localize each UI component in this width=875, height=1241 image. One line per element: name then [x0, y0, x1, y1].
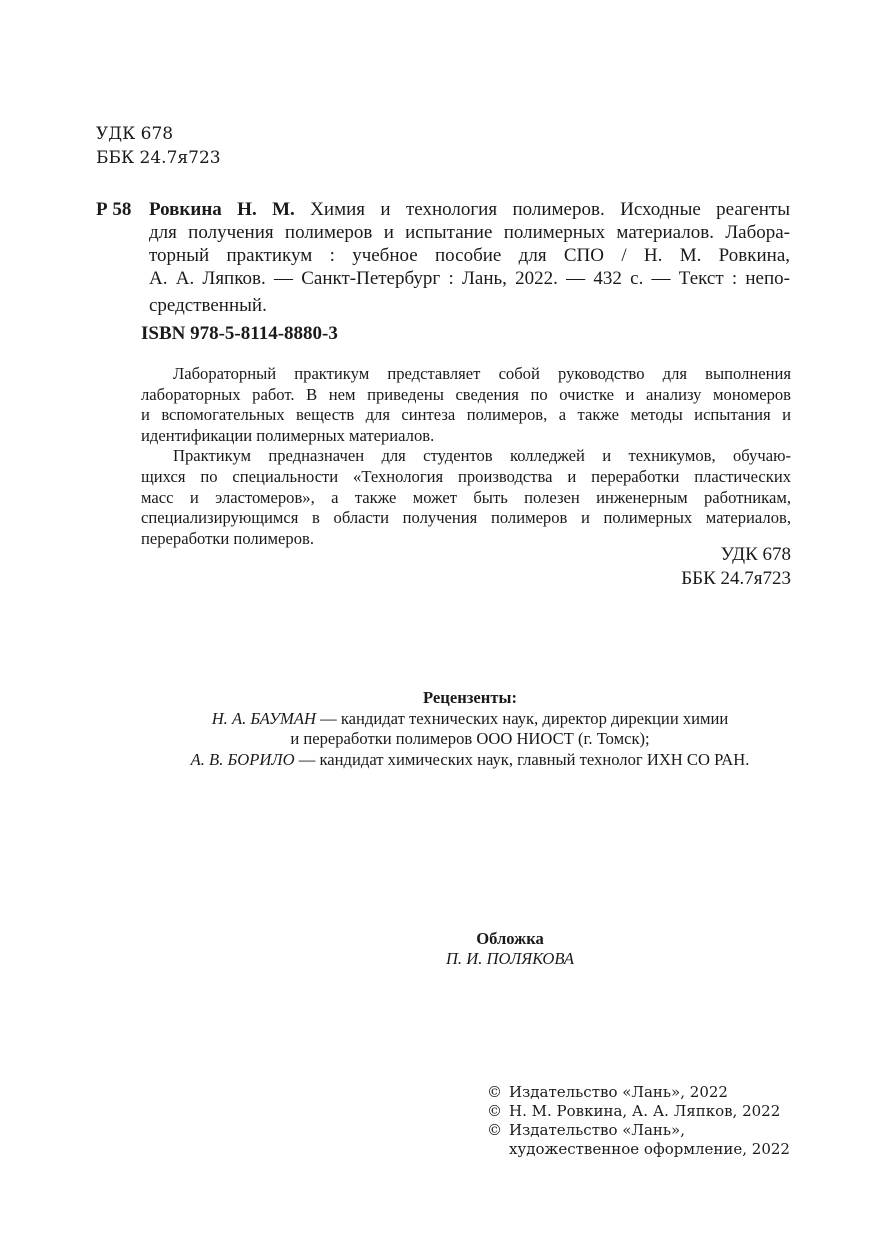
- annotation: Лабораторный практикум представляет собо…: [141, 364, 791, 549]
- cover-credit: Обложка П. И. ПОЛЯКОВА: [400, 929, 620, 969]
- biblio-line: средственный.: [149, 294, 790, 317]
- copyright-block: ©Издательство «Лань», 2022 ©Н. М. Ровкин…: [487, 1083, 790, 1159]
- bibliographic-record: Ровкина Н. М. Химия и технология полимер…: [149, 198, 790, 317]
- udk-code: УДК 678: [96, 122, 221, 146]
- isbn: ISBN 978-5-8114-8880-3: [141, 322, 338, 346]
- bbk-code: ББК 24.7я723: [96, 146, 221, 170]
- annotation-line: Практикум предназначен для студентов кол…: [141, 446, 791, 467]
- copyright-icon: ©: [487, 1121, 509, 1140]
- author-name: Ровкина Н. М.: [149, 199, 295, 220]
- reviewers-section: Рецензенты: Н. А. БАУМАН — кандидат техн…: [140, 688, 800, 770]
- copyright-icon: ©: [487, 1102, 509, 1121]
- bbk-code: ББК 24.7я723: [681, 567, 791, 591]
- copyright-line-continued: художественное оформление, 2022: [487, 1140, 790, 1159]
- cover-heading: Обложка: [400, 929, 620, 949]
- call-number: Р 58: [96, 198, 131, 222]
- reviewers-heading: Рецензенты:: [140, 688, 800, 709]
- annotation-line: и вспомогательных веществ для синтеза по…: [141, 405, 791, 426]
- biblio-line: для получения полимеров и испытание поли…: [149, 221, 790, 244]
- reviewer-entry: А. В. БОРИЛО — кандидат химических наук,…: [140, 750, 800, 771]
- annotation-line: масс и эластомеров», а также может быть …: [141, 488, 791, 509]
- reviewer-entry: Н. А. БАУМАН — кандидат технических наук…: [140, 709, 800, 730]
- annotation-line: Лабораторный практикум представляет собо…: [141, 364, 791, 385]
- classification-codes-top: УДК 678 ББК 24.7я723: [96, 122, 221, 170]
- reviewer-name: Н. А. БАУМАН: [212, 709, 316, 728]
- biblio-line: Ровкина Н. М. Химия и технология полимер…: [149, 198, 790, 221]
- copyright-icon: ©: [487, 1083, 509, 1102]
- annotation-line: щихся по специальности «Технология произ…: [141, 467, 791, 488]
- copyright-line: ©Издательство «Лань», 2022: [487, 1083, 790, 1102]
- annotation-line: специализирующимся в области получения п…: [141, 508, 791, 529]
- cover-designer-name: П. И. ПОЛЯКОВА: [400, 949, 620, 969]
- udk-code: УДК 678: [681, 543, 791, 567]
- annotation-line: лабораторных работ. В нем приведены свед…: [141, 385, 791, 406]
- copyright-line: ©Издательство «Лань»,: [487, 1121, 790, 1140]
- reviewer-name: А. В. БОРИЛО: [191, 750, 295, 769]
- biblio-line: А. А. Ляпков. — Санкт-Петербург : Лань, …: [149, 267, 790, 290]
- reviewer-entry-continued: и переработки полимеров ООО НИОСТ (г. То…: [140, 729, 800, 750]
- annotation-line: идентификации полимерных материалов.: [141, 426, 791, 447]
- classification-codes-bottom: УДК 678 ББК 24.7я723: [681, 543, 791, 591]
- biblio-line: торный практикум : учебное пособие для С…: [149, 244, 790, 267]
- copyright-line: ©Н. М. Ровкина, А. А. Ляпков, 2022: [487, 1102, 790, 1121]
